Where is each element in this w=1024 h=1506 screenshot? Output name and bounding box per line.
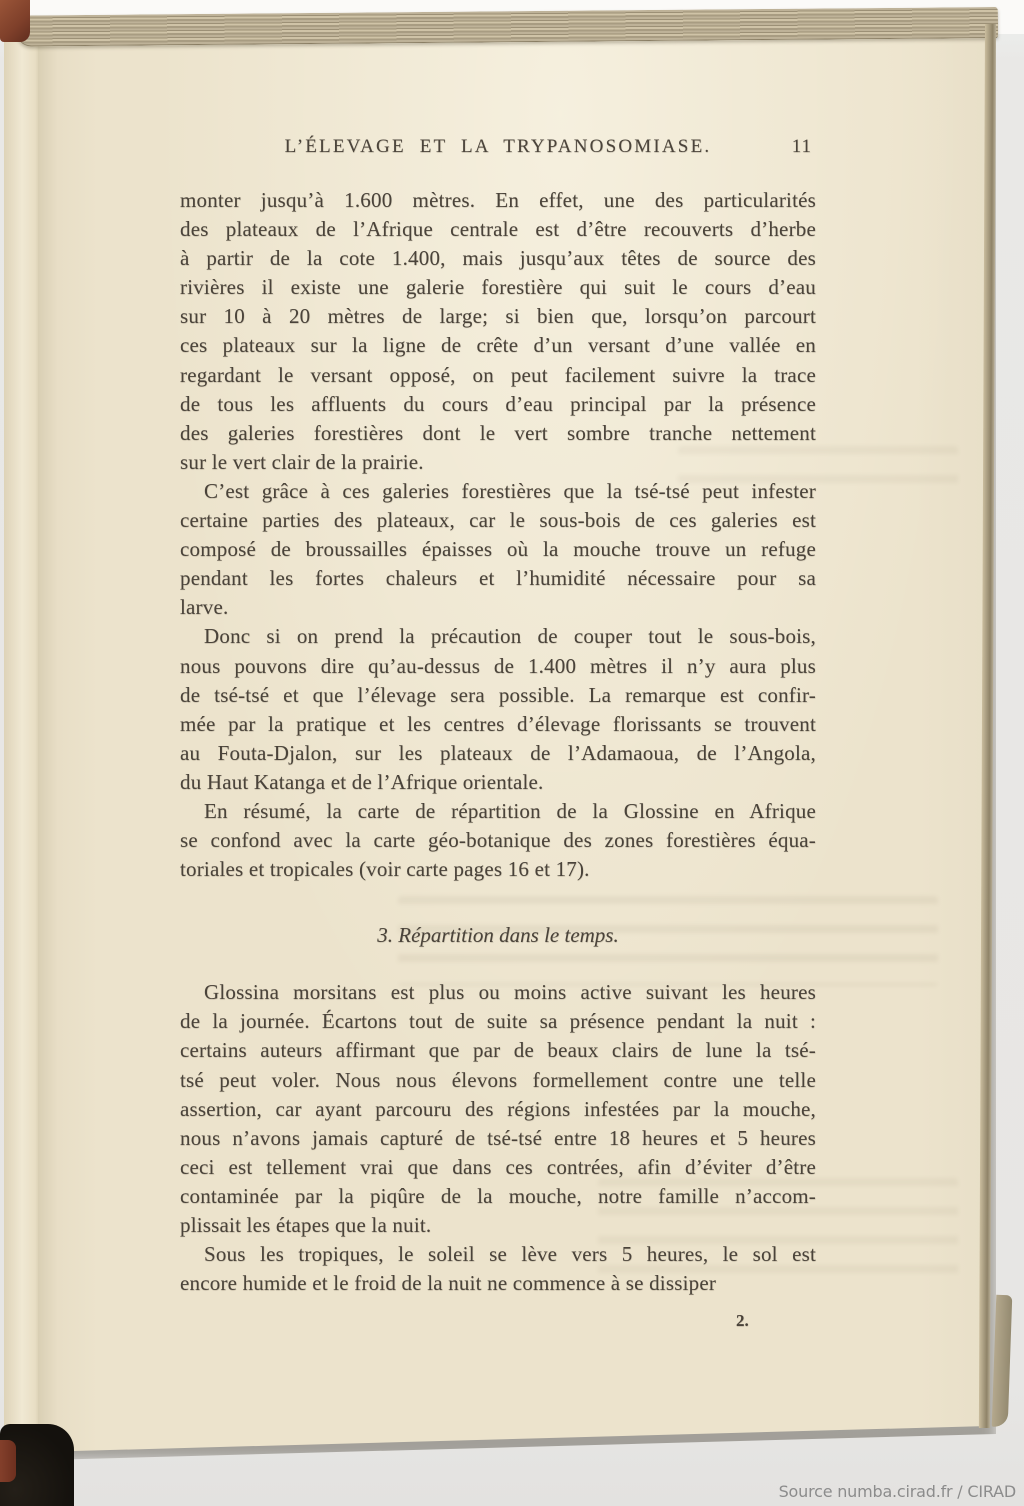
- text-line: Sous les tropiques, le soleil se lève ve…: [180, 1240, 816, 1269]
- text-line: à partir de la cote 1.400, mais jusqu’au…: [180, 244, 816, 273]
- text-line: de la journée. Écartons tout de suite sa…: [180, 1007, 816, 1036]
- text-line: certaine parties des plateaux, car le so…: [180, 506, 816, 535]
- text-line: En résumé, la carte de répartition de la…: [180, 797, 816, 826]
- text-line: encore humide et le froid de la nuit ne …: [180, 1269, 816, 1298]
- paragraph: Sous les tropiques, le soleil se lève ve…: [180, 1240, 816, 1298]
- text-line: de tous les affluents du cours d’eau pri…: [180, 390, 816, 419]
- page-number: 11: [792, 134, 812, 160]
- text-line: tsé peut voler. Nous nous élevons formel…: [180, 1066, 816, 1095]
- page-header: L’ÉLEVAGE ET LA TRYPANOSOMIASE. 11: [180, 134, 816, 160]
- book-page: L’ÉLEVAGE ET LA TRYPANOSOMIASE. 11 monte…: [38, 28, 988, 1452]
- book-cover-bottom-left: [0, 1440, 16, 1482]
- text-line: pendant les fortes chaleurs et l’humidit…: [180, 564, 816, 593]
- text-line: regardant le versant opposé, on peut fac…: [180, 361, 816, 390]
- section-heading: 3. Répartition dans le temps.: [180, 922, 816, 948]
- text-line: rivières il existe une galerie forestièr…: [180, 273, 816, 302]
- text-line: Glossina morsitans est plus ou moins act…: [180, 978, 816, 1007]
- paragraph: Glossina morsitans est plus ou moins act…: [180, 978, 816, 1240]
- source-watermark: Source numba.cirad.fr / CIRAD: [779, 1482, 1016, 1501]
- book-right-page-stack: [992, 1295, 1013, 1427]
- signature-mark: 2.: [736, 1311, 749, 1331]
- text-line: sur le vert clair de la prairie.: [180, 448, 816, 477]
- running-title: L’ÉLEVAGE ET LA TRYPANOSOMIASE.: [180, 134, 816, 160]
- text-line: larve.: [180, 593, 816, 622]
- book-cover-top-left: [0, 0, 30, 42]
- paragraph: monter jusqu’à 1.600 mètres. En effet, u…: [180, 186, 816, 477]
- text-line: C’est grâce à ces galeries forestières q…: [180, 477, 816, 506]
- scanned-book-photo: L’ÉLEVAGE ET LA TRYPANOSOMIASE. 11 monte…: [0, 0, 1024, 1506]
- text-column: L’ÉLEVAGE ET LA TRYPANOSOMIASE. 11 monte…: [180, 28, 816, 1298]
- text-line: certains auteurs affirmant que par de be…: [180, 1036, 816, 1065]
- text-line: des galeries forestières dont le vert so…: [180, 419, 816, 448]
- text-body: monter jusqu’à 1.600 mètres. En effet, u…: [180, 186, 816, 1298]
- text-line: au Fouta-Djalon, sur les plateaux de l’A…: [180, 739, 816, 768]
- text-line: des plateaux de l’Afrique centrale est d…: [180, 215, 816, 244]
- text-line: nous pouvons dire qu’au-dessus de 1.400 …: [180, 652, 816, 681]
- paragraph: En résumé, la carte de répartition de la…: [180, 797, 816, 884]
- text-line: assertion, car ayant parcouru des région…: [180, 1095, 816, 1124]
- text-line: ceci est tellement vrai que dans ces con…: [180, 1153, 816, 1182]
- text-line: de tsé-tsé et que l’élevage sera possibl…: [180, 681, 816, 710]
- text-line: nous n’avons jamais capturé de tsé-tsé e…: [180, 1124, 816, 1153]
- text-line: mée par la pratique et les centres d’éle…: [180, 710, 816, 739]
- paragraph: Donc si on prend la précaution de couper…: [180, 622, 816, 797]
- text-line: Donc si on prend la précaution de couper…: [180, 622, 816, 651]
- text-line: sur 10 à 20 mètres de large; si bien que…: [180, 302, 816, 331]
- text-line: se confond avec la carte géo-botanique d…: [180, 826, 816, 855]
- text-line: composé de broussailles épaisses où la m…: [180, 535, 816, 564]
- text-line: ces plateaux sur la ligne de crête d’un …: [180, 331, 816, 360]
- text-line: monter jusqu’à 1.600 mètres. En effet, u…: [180, 186, 816, 215]
- text-line: plissait les étapes que la nuit.: [180, 1211, 816, 1240]
- text-line: toriales et tropicales (voir carte pages…: [180, 855, 816, 884]
- text-line: contaminée par la piqûre de la mouche, n…: [180, 1182, 816, 1211]
- text-line: du Haut Katanga et de l’Afrique oriental…: [180, 768, 816, 797]
- paragraph: C’est grâce à ces galeries forestières q…: [180, 477, 816, 622]
